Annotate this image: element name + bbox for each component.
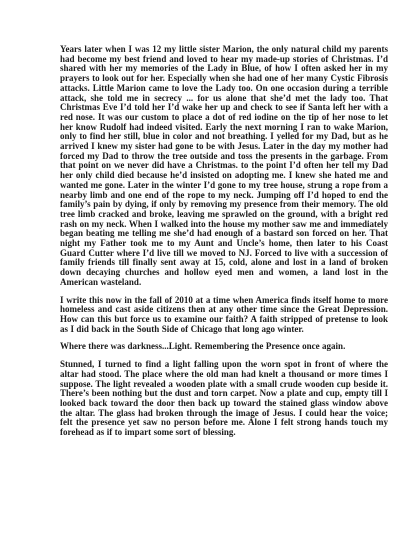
document-page: Years later when I was 12 my little sist… — [0, 0, 420, 544]
paragraph-fall-2010: I write this now in the fall of 2010 at … — [60, 296, 388, 335]
paragraph-altar-light: Stunned, I turned to find a light fallin… — [60, 360, 388, 438]
paragraph-darkness-light: Where there was darkness...Light. Rememb… — [60, 342, 388, 352]
paragraph-childhood-marion: Years later when I was 12 my little sist… — [60, 45, 388, 288]
